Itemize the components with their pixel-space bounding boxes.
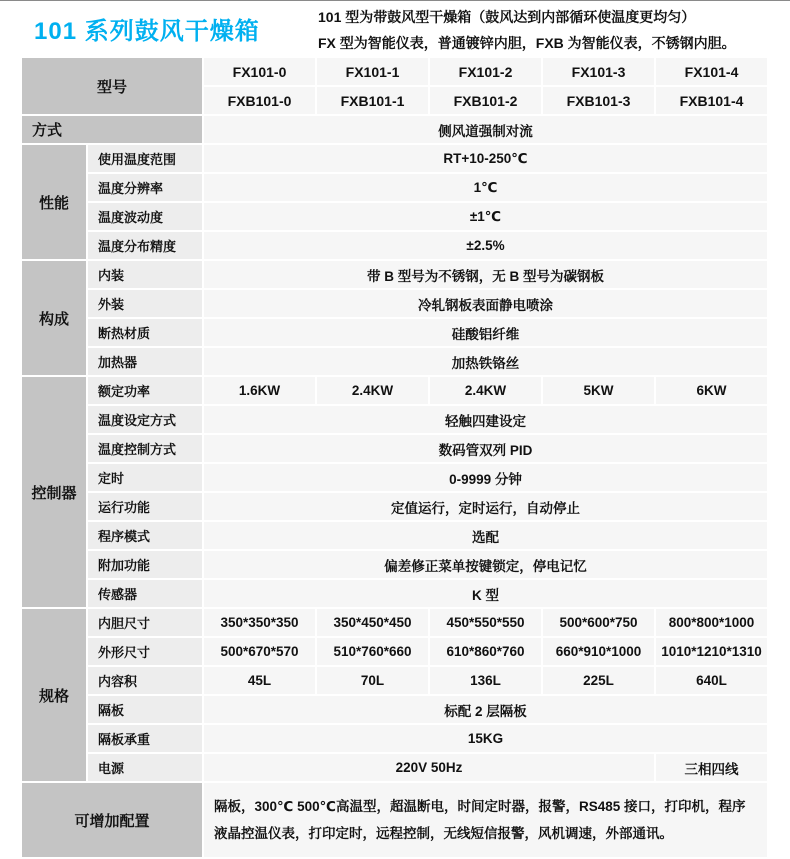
model-cell: FX101-1: [317, 58, 428, 85]
table-row: 温度设定方式 轻触四建设定: [22, 406, 767, 433]
value-cell: 5KW: [543, 377, 654, 404]
value-cell: 选配: [204, 522, 767, 549]
value-cell: 轻触四建设定: [204, 406, 767, 433]
value-cell: RT+10-250℃: [204, 145, 767, 172]
value-cell: K 型: [204, 580, 767, 607]
value-cell: 硅酸铝纤维: [204, 319, 767, 346]
value-cell: 冷轧钢板表面静电喷涂: [204, 290, 767, 317]
model-cell: FX101-2: [430, 58, 541, 85]
attribute-label: 外形尺寸: [88, 638, 202, 665]
table-row: 隔板承重 15KG: [22, 725, 767, 752]
value-cell: 350*450*450: [317, 609, 428, 636]
table-row: 温度分辨率 1℃: [22, 174, 767, 201]
attribute-label: 传感器: [88, 580, 202, 607]
table-row: 电源 220V 50Hz 三相四线: [22, 754, 767, 781]
category-cell-model: 型号: [22, 58, 202, 114]
model-cell: FX101-4: [656, 58, 767, 85]
category-cell-optional: 可增加配置: [22, 783, 202, 857]
value-cell: 350*350*350: [204, 609, 315, 636]
attribute-label: 使用温度范围: [88, 145, 202, 172]
value-cell: 0-9999 分钟: [204, 464, 767, 491]
model-cell: FX101-0: [204, 58, 315, 85]
value-cell: 2.4KW: [317, 377, 428, 404]
category-cell-performance: 性能: [22, 145, 86, 259]
table-row: 温度控制方式 数码管双列 PID: [22, 435, 767, 462]
table-row: 内容积 45L 70L 136L 225L 640L: [22, 667, 767, 694]
value-cell: 1℃: [204, 174, 767, 201]
category-cell-specs: 规格: [22, 609, 86, 781]
model-cell: FX101-3: [543, 58, 654, 85]
value-cell: 侧风道强制对流: [204, 116, 767, 143]
value-cell: 640L: [656, 667, 767, 694]
table-row: 附加功能 偏差修正菜单按键锁定，停电记忆: [22, 551, 767, 578]
page-title: 101 系列鼓风干燥箱: [34, 11, 260, 46]
model-cell: FXB101-1: [317, 87, 428, 114]
table-row: 加热器 加热铁铬丝: [22, 348, 767, 375]
table-row: 外装 冷轧钢板表面静电喷涂: [22, 290, 767, 317]
table-row: 构成 内装 带 B 型号为不锈钢，无 B 型号为碳钢板: [22, 261, 767, 288]
table-row: 外形尺寸 500*670*570 510*760*660 610*860*760…: [22, 638, 767, 665]
table-row: 控制器 额定功率 1.6KW 2.4KW 2.4KW 5KW 6KW: [22, 377, 767, 404]
value-cell: 660*910*1000: [543, 638, 654, 665]
model-cell: FXB101-0: [204, 87, 315, 114]
model-cell: FXB101-2: [430, 87, 541, 114]
product-description-line1: 101 型为带鼓风型干燥箱（鼓风达到内部循环使温度更均匀）: [318, 4, 736, 30]
table-row: 温度波动度 ±1℃: [22, 203, 767, 230]
product-description: 101 型为带鼓风型干燥箱（鼓风达到内部循环使温度更均匀） FX 型为智能仪表，…: [318, 4, 736, 56]
attribute-label: 温度分布精度: [88, 232, 202, 259]
category-cell-method: 方式: [22, 116, 202, 143]
table-row: 隔板 标配 2 层隔板: [22, 696, 767, 723]
value-cell: 225L: [543, 667, 654, 694]
value-cell: 610*860*760: [430, 638, 541, 665]
value-cell: 定值运行，定时运行，自动停止: [204, 493, 767, 520]
value-cell: 1.6KW: [204, 377, 315, 404]
value-cell: 220V 50Hz: [204, 754, 654, 781]
attribute-label: 温度控制方式: [88, 435, 202, 462]
page-header: 101 系列鼓风干燥箱 101 型为带鼓风型干燥箱（鼓风达到内部循环使温度更均匀…: [0, 1, 790, 56]
value-cell: 三相四线: [656, 754, 767, 781]
value-cell: 70L: [317, 667, 428, 694]
value-cell: 510*760*660: [317, 638, 428, 665]
value-cell: 6KW: [656, 377, 767, 404]
table-row: 定时 0-9999 分钟: [22, 464, 767, 491]
category-cell-controller: 控制器: [22, 377, 86, 607]
attribute-label: 温度波动度: [88, 203, 202, 230]
table-row: 方式 侧风道强制对流: [22, 116, 767, 143]
value-cell: ±1℃: [204, 203, 767, 230]
table-row: 运行功能 定值运行，定时运行，自动停止: [22, 493, 767, 520]
table-row: 规格 内胆尺寸 350*350*350 350*450*450 450*550*…: [22, 609, 767, 636]
attribute-label: 内装: [88, 261, 202, 288]
value-cell: 2.4KW: [430, 377, 541, 404]
value-cell: 136L: [430, 667, 541, 694]
attribute-label: 附加功能: [88, 551, 202, 578]
value-cell: 标配 2 层隔板: [204, 696, 767, 723]
value-cell: 隔板，300℃ 500℃高温型，超温断电，时间定时器，报警，RS485 接口，打…: [204, 783, 767, 857]
attribute-label: 运行功能: [88, 493, 202, 520]
attribute-label: 隔板承重: [88, 725, 202, 752]
value-cell: 450*550*550: [430, 609, 541, 636]
spec-table: 型号 FX101-0 FX101-1 FX101-2 FX101-3 FX101…: [20, 56, 769, 859]
attribute-label: 额定功率: [88, 377, 202, 404]
category-cell-construction: 构成: [22, 261, 86, 375]
table-row: 型号 FX101-0 FX101-1 FX101-2 FX101-3 FX101…: [22, 58, 767, 85]
table-row: 温度分布精度 ±2.5%: [22, 232, 767, 259]
model-cell: FXB101-4: [656, 87, 767, 114]
value-cell: 1010*1210*1310: [656, 638, 767, 665]
attribute-label: 断热材质: [88, 319, 202, 346]
value-cell: 500*670*570: [204, 638, 315, 665]
table-row: 程序模式 选配: [22, 522, 767, 549]
value-cell: 加热铁铬丝: [204, 348, 767, 375]
attribute-label: 内容积: [88, 667, 202, 694]
attribute-label: 电源: [88, 754, 202, 781]
attribute-label: 内胆尺寸: [88, 609, 202, 636]
product-description-line2: FX 型为智能仪表，普通镀锌内胆，FXB 为智能仪表，不锈钢内胆。: [318, 30, 736, 56]
table-row: 传感器 K 型: [22, 580, 767, 607]
attribute-label: 外装: [88, 290, 202, 317]
model-cell: FXB101-3: [543, 87, 654, 114]
value-cell: 偏差修正菜单按键锁定，停电记忆: [204, 551, 767, 578]
value-cell: 45L: [204, 667, 315, 694]
attribute-label: 定时: [88, 464, 202, 491]
attribute-label: 温度设定方式: [88, 406, 202, 433]
attribute-label: 程序模式: [88, 522, 202, 549]
attribute-label: 温度分辨率: [88, 174, 202, 201]
table-row: 性能 使用温度范围 RT+10-250℃: [22, 145, 767, 172]
table-row: 可增加配置 隔板，300℃ 500℃高温型，超温断电，时间定时器，报警，RS48…: [22, 783, 767, 857]
value-cell: 数码管双列 PID: [204, 435, 767, 462]
table-row: 断热材质 硅酸铝纤维: [22, 319, 767, 346]
value-cell: 带 B 型号为不锈钢，无 B 型号为碳钢板: [204, 261, 767, 288]
value-cell: 500*600*750: [543, 609, 654, 636]
attribute-label: 加热器: [88, 348, 202, 375]
attribute-label: 隔板: [88, 696, 202, 723]
value-cell: ±2.5%: [204, 232, 767, 259]
value-cell: 800*800*1000: [656, 609, 767, 636]
value-cell: 15KG: [204, 725, 767, 752]
